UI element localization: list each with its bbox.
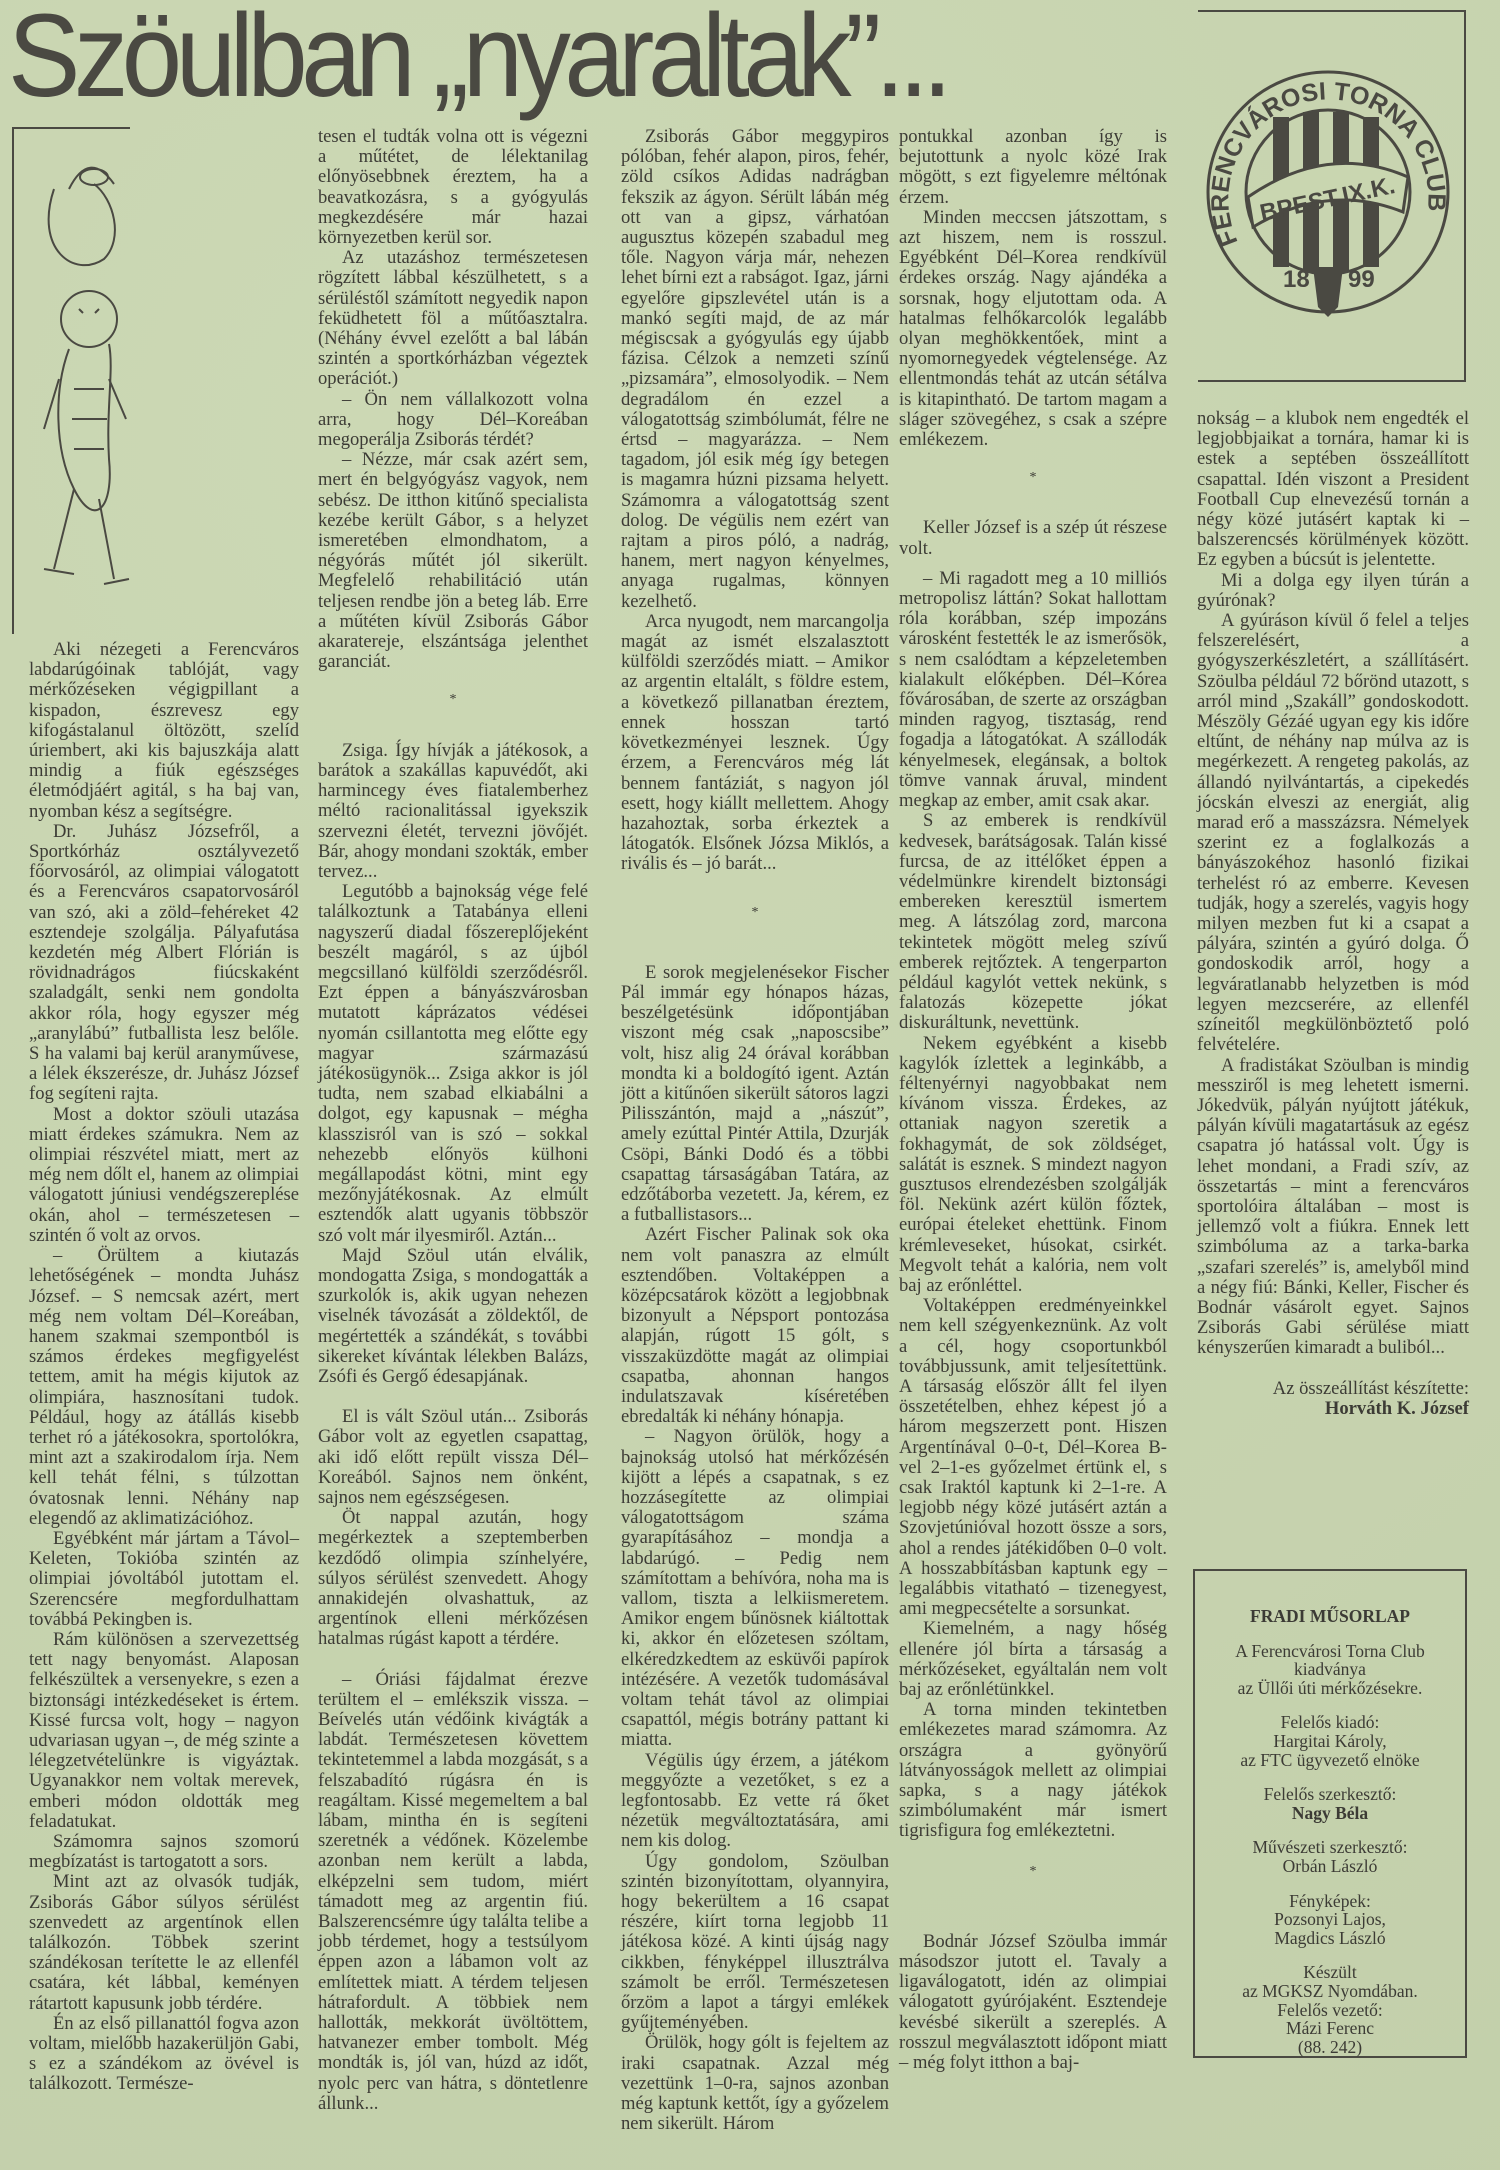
article-column-1: Aki nézegeti a Ferencváros labdarúgóinak… [29, 640, 299, 2095]
article-column-3: Zsiborás Gábor meggypiros pólóban, fehér… [621, 127, 889, 2135]
paragraph: Én az első pillanattól fogva azon voltam… [29, 2014, 299, 2095]
paragraph: tesen el tudták volna ott is végezni a m… [318, 127, 588, 248]
paragraph: A torna minden tekintetben emlékezetes m… [899, 1700, 1167, 1841]
paragraph: Dr. Juhász Józsefről, a Sportkórház oszt… [29, 822, 299, 1105]
paragraph: Rám különösen a szervezettség tett nagy … [29, 1630, 299, 1832]
paragraph: – Óriási fájdalmat érezve terültem el – … [318, 1670, 588, 2114]
paragraph: Legutóbb a bajnokság vége felé találkozt… [318, 882, 588, 1246]
paragraph: pontukkal azonban így is bejutottunk a n… [899, 127, 1167, 208]
paragraph: Mint azt az olvasók tudják, Zsiborás Gáb… [29, 1872, 299, 2013]
paragraph: – Örültem a kiutazás lehetőségének – mon… [29, 1246, 299, 1529]
paragraph: – Ön nem vállalkozott volna arra, hogy D… [318, 390, 588, 451]
mascot-illustration [12, 127, 130, 634]
credit-label: Az összeállítást készítette: [1197, 1379, 1469, 1399]
paragraph: Úgy gondolom, Szöulban szintén bizonyíto… [621, 1852, 889, 2034]
paragraph: Voltaképpen eredményeinkkel nem kell szé… [899, 1296, 1167, 1619]
paragraph: – Nagyon örülök, hogy a bajnokság utolsó… [621, 1427, 889, 1750]
paragraph: – Mi ragadott meg a 10 milliós metropoli… [899, 569, 1167, 811]
paragraph: Nekem egyébként a kisebb kagylók ízlette… [899, 1034, 1167, 1297]
paragraph: S az emberek is rendkívül kedvesek, bará… [899, 811, 1167, 1033]
paragraph: A gyúráson kívül ő felel a teljes felsze… [1197, 611, 1469, 1055]
paragraph: – Nézze, már csak azért sem, mert én bel… [318, 450, 588, 672]
paragraph: Egyébként már jártam a Távol–Keleten, To… [29, 1529, 299, 1630]
paragraph: Azért Fischer Palinak sok oka nem volt p… [621, 1225, 889, 1427]
paragraph: A fradistákat Szöulban is mindig messzir… [1197, 1056, 1469, 1359]
paragraph: Majd Szöul után elválik, mondogatta Zsig… [318, 1246, 588, 1387]
paragraph: Bodnár József Szöulba immár másodszor ju… [899, 1932, 1167, 2073]
photos-block: Fényképek: Pozsonyi Lajos, Magdics Lászl… [1195, 1892, 1465, 1948]
article-column-4: pontukkal azonban így is bejutottunk a n… [899, 127, 1167, 2073]
paragraph: Mi a dolga egy ilyen túrán a gyúrónak? [1197, 571, 1469, 611]
club-logo-box: BPEST.IX.K. FERENCVÁROSI TORNA CLUB 18 9… [1198, 10, 1466, 382]
editor-block: Felelős szerkesztő: Nagy Béla [1195, 1785, 1465, 1822]
paragraph: Zsiga. Így hívják a játékosok, a barátok… [318, 741, 588, 882]
credit-author: Horváth K. József [1197, 1399, 1469, 1419]
tiger-mascot-icon [14, 129, 130, 634]
masthead-infobox: FRADI MŰSORLAP A Ferencvárosi Torna Club… [1193, 1569, 1467, 2058]
paragraph: Öt nappal azután, hogy megérkeztek a sze… [318, 1508, 588, 1649]
article-column-5: nokság – a klubok nem engedték el legjob… [1197, 409, 1469, 1419]
section-separator: * [621, 903, 889, 923]
section-separator: * [318, 690, 588, 710]
section-separator: * [899, 468, 1167, 488]
paragraph: Az utazáshoz természetesen rögzített láb… [318, 248, 588, 389]
section-separator: * [899, 1862, 1167, 1882]
paragraph: Zsiborás Gábor meggypiros pólóban, fehér… [621, 127, 889, 612]
paragraph: Arca nyugodt, nem marcangolja magát az i… [621, 612, 889, 875]
paragraph: Aki nézegeti a Ferencváros labdarúgóinak… [29, 640, 299, 822]
svg-text:18: 18 [1283, 266, 1310, 293]
paragraph: E sorok megjelenésekor Fischer Pál immár… [621, 963, 889, 1226]
headline: Szöulban „nyaraltak”... [8, 0, 1112, 120]
article-column-2: tesen el tudták volna ott is végezni a m… [318, 127, 588, 2114]
art-editor-block: Művészeti szerkesztő: Orbán László [1195, 1838, 1465, 1875]
svg-text:99: 99 [1348, 266, 1375, 293]
paragraph: Végülis úgy érzem, a játékom meggyőzte a… [621, 1751, 889, 1852]
ftc-crest-icon: BPEST.IX.K. FERENCVÁROSI TORNA CLUB 18 9… [1198, 12, 1464, 380]
paragraph: Minden meccsen játszottam, s azt hiszem,… [899, 208, 1167, 450]
paragraph: Most a doktor szöuli utazása miatt érdek… [29, 1105, 299, 1246]
responsible-publisher-block: Felelős kiadó: Hargitai Károly, az FTC ü… [1195, 1713, 1465, 1769]
paragraph: nokság – a klubok nem engedték el legjob… [1197, 409, 1469, 571]
paragraph: Örülök, hogy gólt is fejeltem az iraki c… [621, 2033, 889, 2134]
paragraph: Kiemelném, a nagy hőség ellenére jól bír… [899, 1619, 1167, 1700]
printing-block: Készült az MGKSZ Nyomdában. Felelős veze… [1195, 1963, 1465, 2056]
paragraph: El is vált Szöul után... Zsiborás Gábor … [318, 1407, 588, 1508]
infobox-title: FRADI MŰSORLAP [1195, 1607, 1465, 1626]
paragraph: Keller József is a szép út részese volt. [899, 518, 1167, 558]
paragraph: Számomra sajnos szomorú megbízatást is t… [29, 1832, 299, 1872]
publisher-block: A Ferencvárosi Torna Club kiadványa az Ü… [1195, 1642, 1465, 1698]
